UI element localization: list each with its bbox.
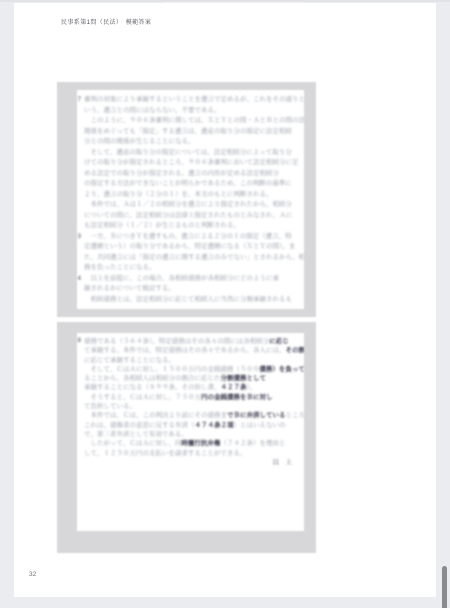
answer-line: 定遺贈という）の取り分であるから、特定遺贈になる（ＸとＹの間）。ま <box>84 242 300 253</box>
answer-line: 継されるかについて検討する。 <box>84 284 300 295</box>
paragraph-number: 4 <box>77 274 81 285</box>
document-page: 民事系第1問（民法） 模範答案 7審判の対象により承継するということを遺言で定め… <box>14 3 436 597</box>
answer-line: て承継する。本件では、特定債務はその各々であるから、各人には、その割合 <box>84 346 300 355</box>
page-number: 32 <box>29 571 36 578</box>
answer-line: 4 以上を前提に、この場合、各相続債務が各相続分にどのように承 <box>84 274 300 285</box>
document-header-title: 民事系第1問（民法） 模範答案 <box>61 17 151 26</box>
paragraph-number: 3 <box>77 232 81 243</box>
answer-line: 関係をめぐっても「指定」する遺言は、遺産の取り分の指定に法定相続 <box>84 127 300 138</box>
answer-line: ることから、各相続人は相続分の割合に応じた分割債務として <box>84 374 300 383</box>
answer-line: より、遺言の取り分（２分の１）を、本文のもとに判断される。 <box>84 190 300 201</box>
answer-line: このように、９０６条審判に関しては、ＸとＹとの間・ＡとＢとの間の法律 <box>84 116 300 127</box>
answer-line: 本件では、Ａは１／２の相続分を遺言により指定されたから、相続分 <box>84 200 300 211</box>
answer-line: て負担している。 <box>84 402 300 411</box>
answer-line: た、共同遺言には「指定の遺言に関する遺言のみでない」とされるから、相続債 <box>84 253 300 264</box>
answer-line: で、第三者弁済として有効である。 <box>84 430 300 439</box>
answer-line: けての取り分が指定されるところ、９０６条審判において法定相続分に定 <box>84 158 300 169</box>
answer-line: そして、遺産の取り分の指定については、法定相続分によって取り分 <box>84 148 300 159</box>
blurred-answer-block-2: 8債務である（５６４条）。特定債務はその各々の間には各相続分に応じ て承継する。… <box>57 322 316 553</box>
answer-line: 3 一方、ＢにつきＹを遺すもの、遺言による２分の１の指定（遺言、特 <box>84 232 300 243</box>
answer-line: そして、ＣはＡに対し、１５００万円の金銭債務（５００債務）を負ってい <box>84 365 300 374</box>
answer-line: 本件では、Ｃは、この判決より前にその債務までＢに弁済しているところ、 <box>84 411 300 420</box>
answer-line: して、１２５０万円の支払いを請求することができる。 <box>84 449 300 458</box>
answer-line: 分との間の関係が生じることになる。 <box>84 137 300 148</box>
answer-line: 務を負ったことになる。 <box>84 263 300 274</box>
answer-line: そうすると、ＣはＡに対し、７５０万円の金銭債務をＢに対し <box>84 393 300 402</box>
answer-line: に応じて承継することになる。 <box>84 356 300 365</box>
answer-line: 8債務である（５６４条）。特定債務はその各々の間には各相続分に応じ <box>84 337 300 346</box>
answer-line: の指定する方法ができないことが明らかであるため、この判断の基準に <box>84 179 300 190</box>
answer-line: についての間に、法定相続分は法律上指定されたものとみなされ、Ａに <box>84 211 300 222</box>
paragraph-number: 7 <box>77 95 81 106</box>
answer-block-2-paper: 8債務である（５６４条）。特定債務はその各々の間には各相続分に応じ て承継する。… <box>77 333 304 531</box>
closing-statement: 以 上 <box>84 458 300 467</box>
answer-line: 承継することになる（８９９条、その但し書、４２７条）。 <box>84 383 300 392</box>
answer-line: める法定での取り分が指定される。遺言の内容が定める法定相続分 <box>84 169 300 180</box>
answer-block-1-paper: 7審判の対象により承継するということを遺言で定めるが、これをその通りと いう、遺… <box>77 90 304 309</box>
paragraph-number: 8 <box>77 337 81 346</box>
answer-line: も法定相続分（１／２）が生じるものと判断される。 <box>84 221 300 232</box>
answer-line: いう、遺言との間にはならない。不要である。 <box>84 106 300 117</box>
blurred-answer-block-1: 7審判の対象により承継するということを遺言で定めるが、これをその通りと いう、遺… <box>57 82 316 317</box>
answer-line: 7審判の対象により承継するということを遺言で定めるが、これをその通りと <box>84 95 300 106</box>
answer-line: これは、債権者の意思に反する弁済（４７４条２項）とはいえないの <box>84 421 300 430</box>
vertical-scrollbar-thumb[interactable] <box>442 566 447 608</box>
answer-line: したがって、ＣはＡに対し、同時履行抗弁権（７４２条）を理由と <box>84 439 300 448</box>
answer-line: 相続債務とは、法定相続分に応じて相続人に当然に分割承継されるも <box>84 295 300 306</box>
